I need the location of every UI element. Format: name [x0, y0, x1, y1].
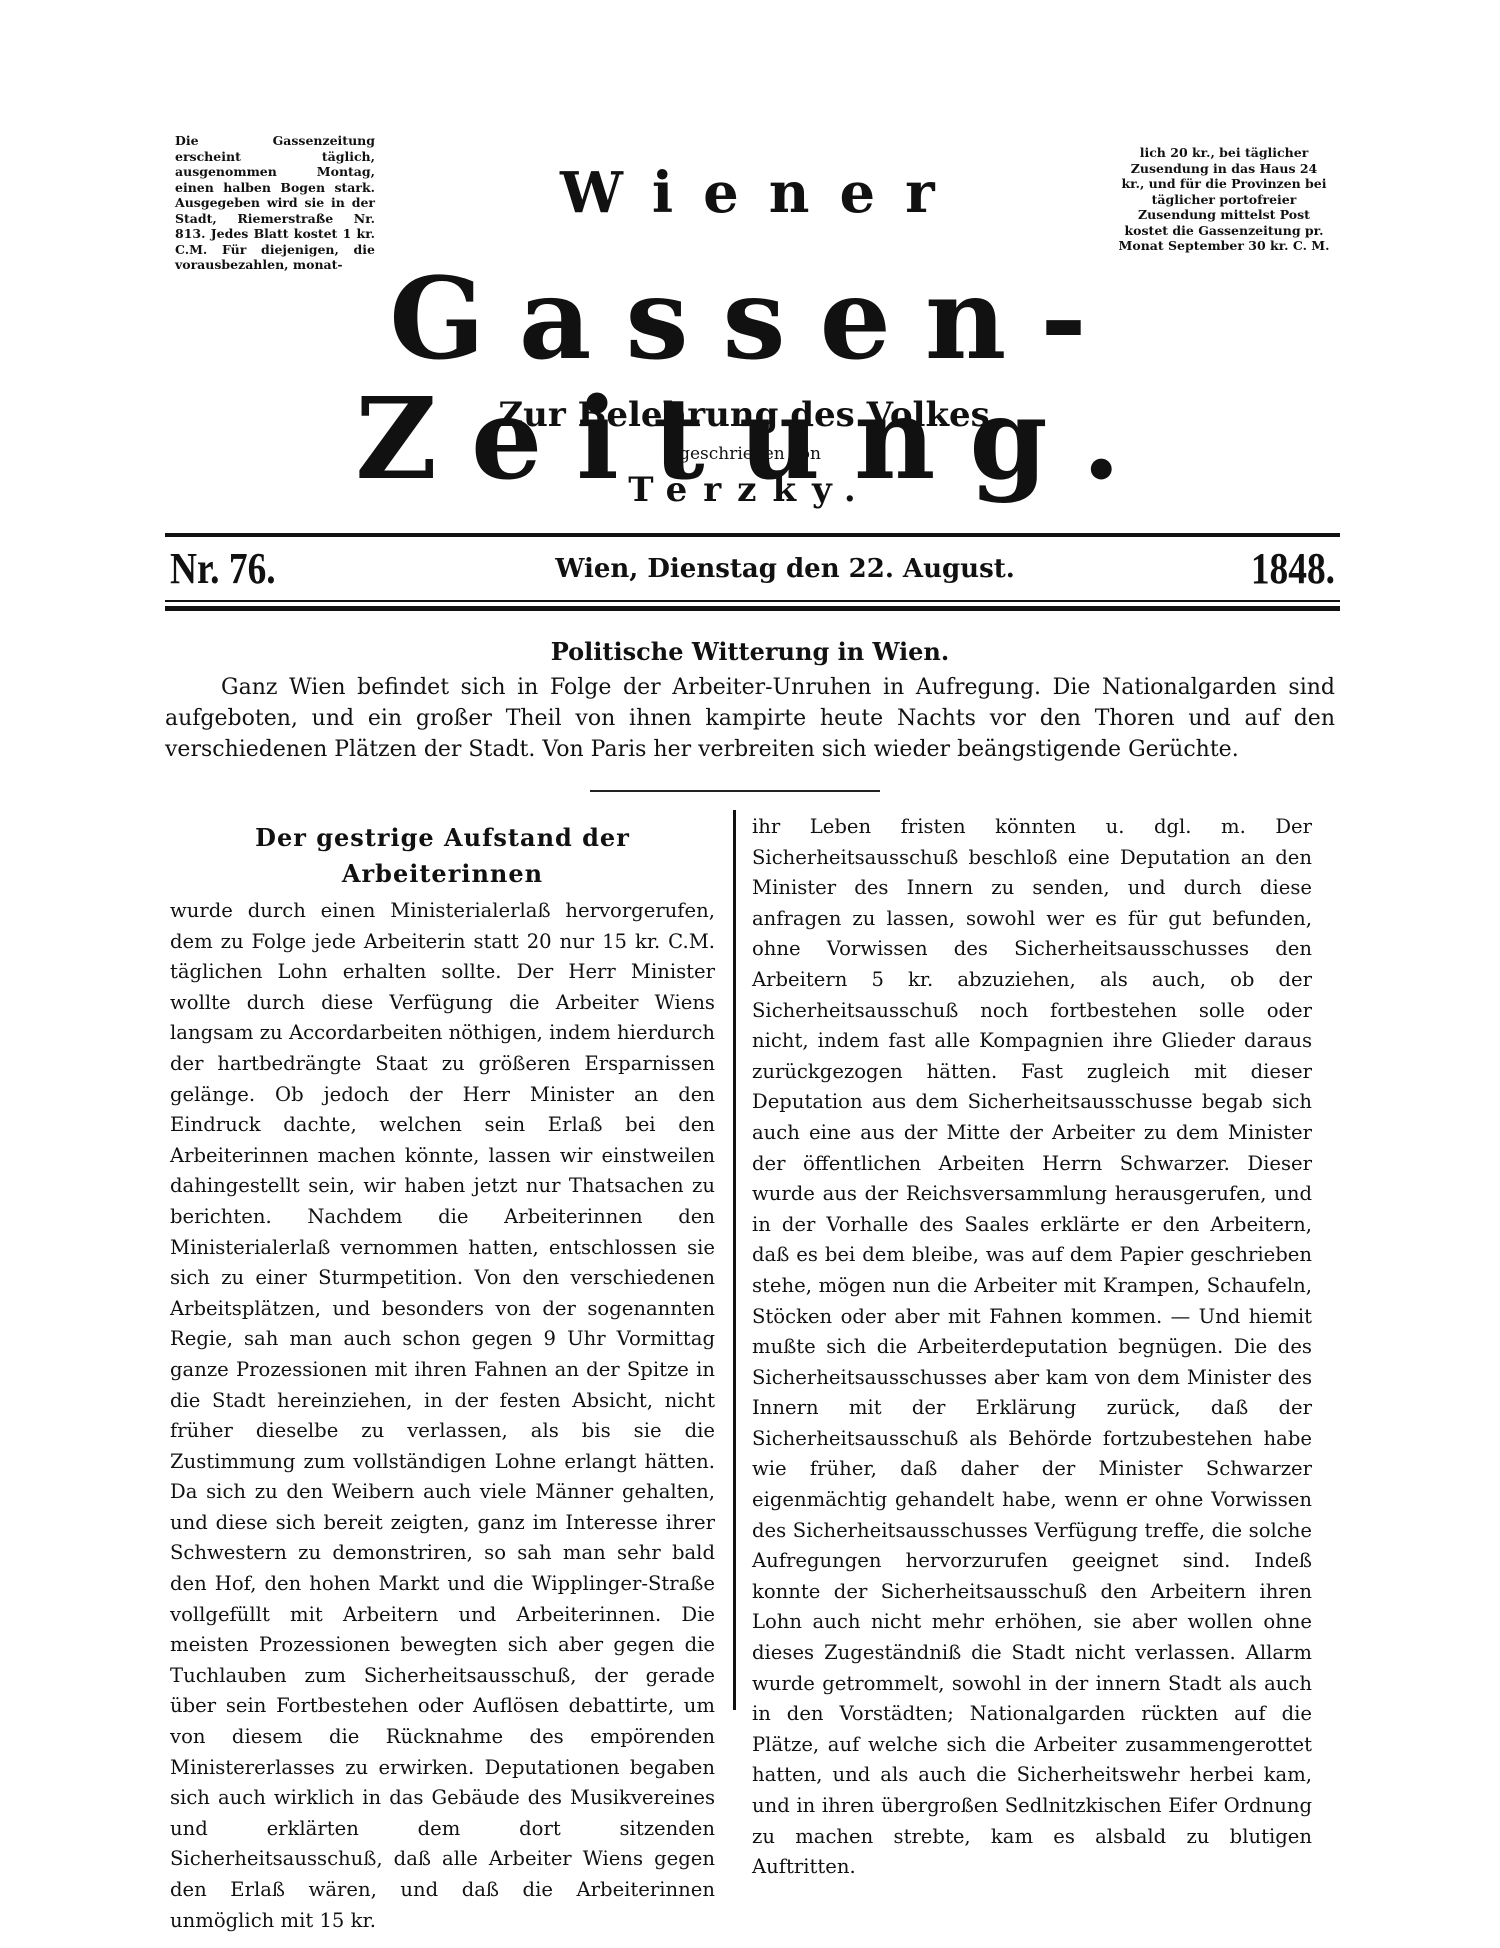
issue-number: Nr. 76.	[170, 545, 276, 593]
article-column-right: ihr Leben fristen könnten u. dgl. m. Der…	[752, 812, 1312, 1883]
lead-article-body: Ganz Wien befindet sich in Folge der Arb…	[165, 672, 1335, 765]
article-body-right: ihr Leben fristen könnten u. dgl. m. Der…	[752, 812, 1312, 1883]
article-title: Der gestrige Aufstand der Arbeiterinnen	[170, 820, 715, 892]
article-column-left: Der gestrige Aufstand der Arbeiterinnen …	[170, 820, 715, 1936]
subscription-notice-left: Die Gassenzeitung erscheint täglich, aus…	[175, 133, 375, 273]
subscription-notice-right: lich 20 kr., bei täglicher Zusendung in …	[1118, 145, 1330, 254]
lead-article-title: Politische Witterung in Wien.	[400, 636, 1100, 668]
masthead-author: Terzky.	[550, 470, 950, 510]
issue-bar: Nr. 76. Wien, Dienstag den 22. August. 1…	[165, 545, 1340, 593]
issue-year: 1848.	[1251, 545, 1335, 593]
masthead-wiener: Wiener	[560, 160, 950, 226]
masthead-byline: geschrieben von	[550, 443, 950, 465]
rule-double-thin	[165, 600, 1340, 602]
section-divider	[590, 790, 880, 792]
rule-top	[165, 533, 1340, 537]
article-body-left: wurde durch einen Ministerialerlaß hervo…	[170, 896, 715, 1936]
rule-double-thick	[165, 606, 1340, 611]
issue-dateline: Wien, Dienstag den 22. August.	[525, 551, 1045, 587]
masthead-tagline: Zur Belehrung des Volkes,	[400, 395, 1100, 435]
newspaper-page: Die Gassenzeitung erscheint täglich, aus…	[0, 0, 1500, 1948]
column-divider	[733, 810, 736, 1710]
